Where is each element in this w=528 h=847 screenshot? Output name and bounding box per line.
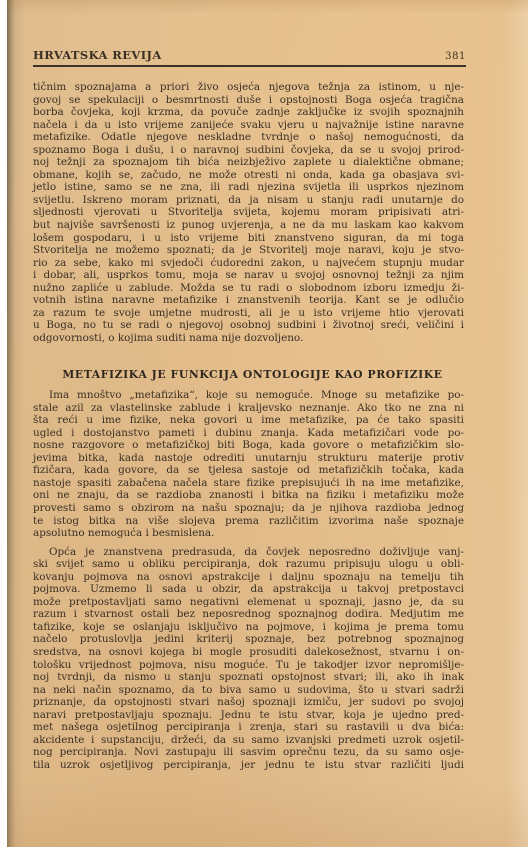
text-line: met našega osjetilnog percipiranja i zre… xyxy=(33,721,464,734)
text-line: noj tvrdnji, da nismo u stanju spoznati … xyxy=(33,671,464,684)
text-line: u Boga, no tu se radi o njegovoj osobnoj… xyxy=(33,319,464,332)
text-line: metafizike. Odatle njegove neskladne tvr… xyxy=(33,131,464,144)
paragraph-continued: tičnim spoznajama a priori živo osjeća n… xyxy=(33,81,464,344)
text-line: ski svijet samo u obliku percipiranja, d… xyxy=(33,558,464,571)
text-line: nužno zapliće u zablude. Možda se tu rad… xyxy=(33,282,464,295)
text-line: Opća je znanstvena predrasuda, da čovjek… xyxy=(33,546,464,559)
text-line: na neki način spoznamo, da to biva samo … xyxy=(33,684,464,697)
text-line: obmane, kojih se, začudo, ne može otrest… xyxy=(33,169,464,182)
text-line: fizičara, kada govore, da se tjelesa sas… xyxy=(33,464,464,477)
text-line: pojmova. Uzmemo li sada u obzir, da apst… xyxy=(33,583,464,596)
text-line: naravi pretpostavljaju spoznaju. Jednu t… xyxy=(33,709,464,722)
text-line: načelo protuslovlja jedini kriterij spoz… xyxy=(33,633,464,646)
text-line: borba čovjeka, koji krzma, da povuče zad… xyxy=(33,106,464,119)
text-line: govoj se spekulaciji o besmrtnosti duše … xyxy=(33,94,464,107)
text-line: načela i da u isto vrijeme zanijeće svak… xyxy=(33,119,464,132)
header-rule xyxy=(33,65,466,67)
text-line: jevima bitka, kada nastoje odrediti unut… xyxy=(33,452,464,465)
text-line: može pretpostavljati samo negativni elem… xyxy=(33,596,464,609)
text-line: sljednosti vjerovati u Stvoritelja svije… xyxy=(33,206,464,219)
journal-title: HRVATSKA REVIJA xyxy=(33,48,162,62)
text-line: akcidente i supstanciju, držeći, da su s… xyxy=(33,734,464,747)
text-line: tafizike, koje se oslanjaju isključivo n… xyxy=(33,621,464,634)
text-line: but najviše savršenosti iz punog uvjeren… xyxy=(33,219,464,232)
text-line: odgovornosti, o kojima suditi nama nije … xyxy=(33,332,464,345)
text-line: oni ne znaju, da se razdioba znanosti i … xyxy=(33,489,464,502)
section-paragraph-2: Opća je znanstvena predrasuda, da čovjek… xyxy=(33,546,464,772)
text-line: lošem gospodaru, i u isto vrijeme biti z… xyxy=(33,232,464,245)
text-line: votnih istina naravne metafizike i znans… xyxy=(33,294,464,307)
text-line: noj težnji za spoznajom tih bića neizbje… xyxy=(33,156,464,169)
text-line: svijetlu. Iskreno moram priznati, da ja … xyxy=(33,194,464,207)
book-page: HRVATSKA REVIJA 381 tičnim spoznajama a … xyxy=(7,0,528,847)
text-line: priznanje, da opstojnosti stvari našoj s… xyxy=(33,696,464,709)
text-line: tičnim spoznajama a priori živo osjeća n… xyxy=(33,81,464,94)
text-line: apsolutno nemoguća i besmislena. xyxy=(33,527,464,540)
text-line: kovanju pojmova na osnovi apstrakcije i … xyxy=(33,571,464,584)
text-line: provesti samo s obzirom na našu spoznaju… xyxy=(33,502,464,515)
page-body: tičnim spoznajama a priori živo osjeća n… xyxy=(33,81,464,771)
page-number: 381 xyxy=(445,51,466,62)
text-line: nog percipiranja. Novi zastupaju ili sas… xyxy=(33,746,464,759)
text-line: jetlo istine, samo se ne zna, ili radi n… xyxy=(33,181,464,194)
running-header: HRVATSKA REVIJA 381 xyxy=(33,44,466,62)
text-line: sredstva, na osnovi kojega bi mogle pros… xyxy=(33,646,464,659)
text-line: tila uzrok osjetljivog percipiranja, jer… xyxy=(33,759,464,772)
text-line: Stvoritelja ne možemo spoznati; da je St… xyxy=(33,244,464,257)
text-line: i dobar, ali, usprkos tomu, moja se nara… xyxy=(33,269,464,282)
text-line: rio za sebe, kako mi svjedoči ćudoredni … xyxy=(33,257,464,270)
text-line: razum i stvarnost ostali bez neposrednog… xyxy=(33,608,464,621)
text-line: za razum te svoje umjetne mudrosti, ali … xyxy=(33,307,464,320)
text-line: ugled i dostojanstvo pameti i dubinu zna… xyxy=(33,427,464,440)
text-line: stale azil za vlastelinske zablude i kra… xyxy=(33,402,464,415)
text-line: šta reći u ime fizike, neka govori u ime… xyxy=(33,414,464,427)
text-line: nosne razgovore o metafizičkoj biti Boga… xyxy=(33,439,464,452)
section-paragraph-1: Ima mnoštvo „metafizika“, koje su nemogu… xyxy=(33,389,464,540)
text-line: tološku vrijednost pojmova, nisu moguće.… xyxy=(33,659,464,672)
section-heading: METAFIZIKA JE FUNKCIJA ONTOLOGIJE KAO PR… xyxy=(33,369,464,382)
text-line: te istog bitka na više slojeva prema raz… xyxy=(33,515,464,528)
text-line: spoznamo Boga i dušu, i o naravnoj sudbi… xyxy=(33,144,464,157)
text-line: nastoje spasiti zabačena načela stare fi… xyxy=(33,477,464,490)
text-line: Ima mnoštvo „metafizika“, koje su nemogu… xyxy=(33,389,464,402)
